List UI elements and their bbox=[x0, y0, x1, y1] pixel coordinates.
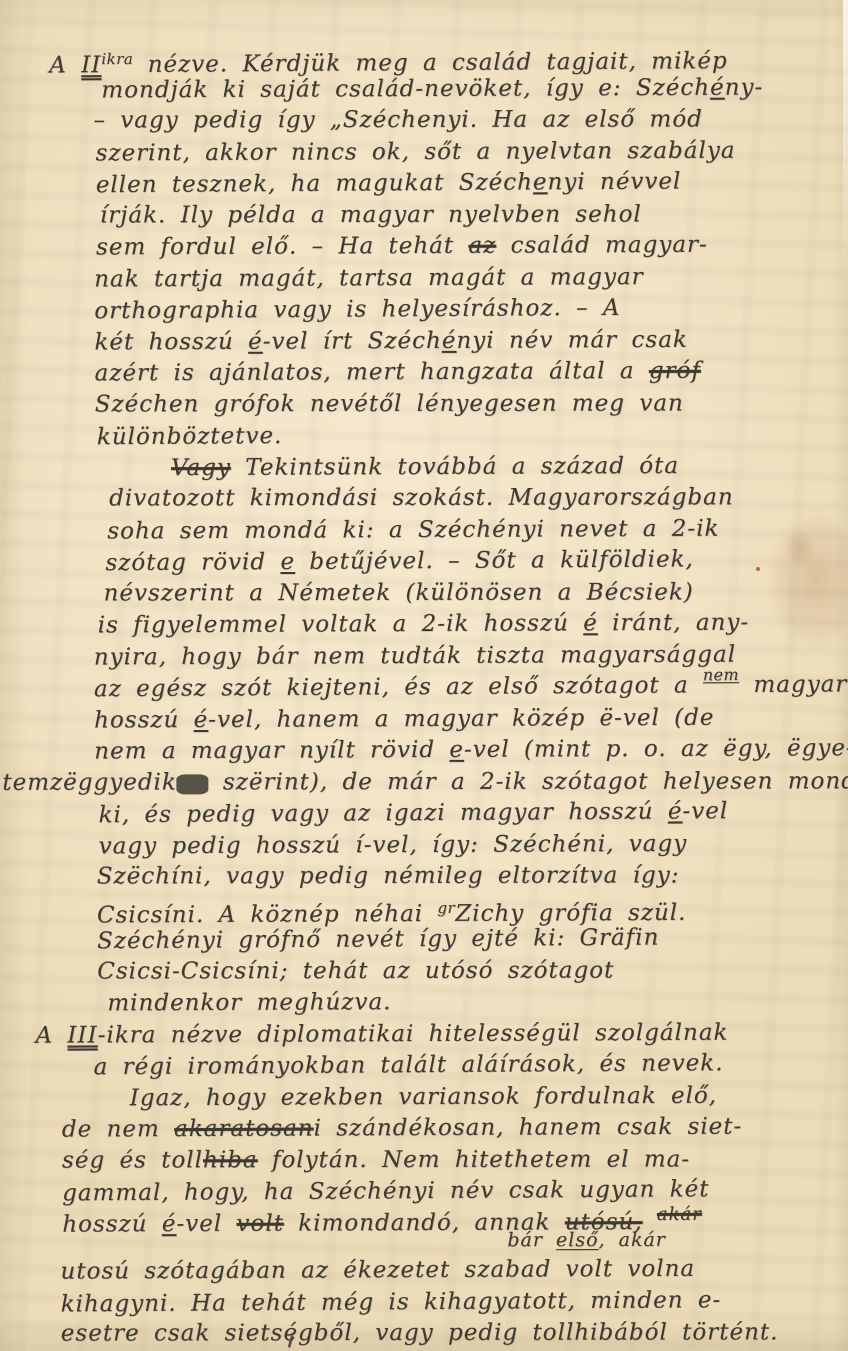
handwriting-text: de nem bbox=[62, 1116, 174, 1142]
handwriting-text: hosszú bbox=[94, 707, 194, 733]
handwriting-text: -ikra nézve diplomatikai hitelességül sz… bbox=[98, 1019, 729, 1048]
handwriting-du: III bbox=[67, 1022, 97, 1048]
handwriting-ins: nem bbox=[703, 665, 739, 684]
manuscript-line: írják. Ily példa a magyar nyelvben sehol bbox=[100, 199, 846, 232]
handwriting-text: kihagyni. Ha tehát még is kihagyatott, m… bbox=[61, 1287, 722, 1317]
handwriting-text: iránt, any- bbox=[598, 610, 749, 637]
manuscript-line: orthographia vagy is helyesíráshoz. – A bbox=[94, 291, 846, 327]
handwriting-text: nyi névvel bbox=[547, 168, 681, 195]
manuscript-line: ség és tollhiba folytán. Nem hitethetem … bbox=[62, 1144, 848, 1177]
handwriting-u: é bbox=[710, 74, 725, 100]
handwriting-text: utosú szótagában az ékezetet szabad volt… bbox=[60, 1256, 695, 1285]
handwriting-u: é bbox=[194, 706, 209, 732]
manuscript-line: azért is ajánlatos, mert hangzata által … bbox=[95, 355, 847, 390]
manuscript-line: vagy pedig hosszú í-vel, így: Széchéni, … bbox=[99, 828, 848, 863]
manuscript-line: névszerint a Németek (különösen a Bécsie… bbox=[104, 577, 848, 610]
handwriting-text: ellen tesznek, ha magukat Széch bbox=[96, 169, 533, 198]
handwriting-text: az egész szót kiejteni, és az első szóta… bbox=[94, 672, 703, 702]
handwriting-blot: xxx bbox=[177, 774, 209, 794]
manuscript-line: A III-ikra nézve diplomatikai hitelesség… bbox=[35, 1017, 848, 1052]
handwriting-text: család magyar- bbox=[496, 232, 708, 259]
handwriting-text: , akár bbox=[599, 1229, 666, 1251]
manuscript-line: kihagyni. Ha tehát még is kihagyatott, m… bbox=[61, 1284, 848, 1321]
handwriting-text: -vel bbox=[682, 798, 728, 824]
manuscript-line: különböztetve. bbox=[97, 417, 847, 453]
handwriting-struck: Vagy bbox=[171, 454, 231, 480]
handwriting-text: nézve. Kérdjük meg a család tagjait, mik… bbox=[133, 48, 727, 78]
handwriting-text: is figyelemmel voltak a 2-ik hosszú bbox=[98, 610, 584, 638]
handwriting-text: ség és toll bbox=[62, 1147, 203, 1173]
handwriting-text: betűjével. – Sőt a külföldiek, bbox=[295, 546, 694, 575]
handwriting-text: folytán. Nem hitethetem el ma- bbox=[258, 1146, 691, 1173]
handwriting-text: különböztetve. bbox=[97, 423, 283, 450]
manuscript-line: Széchen grófok nevétől lényegesen meg va… bbox=[95, 388, 847, 421]
handwriting-u: e bbox=[449, 737, 464, 763]
handwriting-text: nyi név már csak bbox=[456, 326, 687, 353]
manuscript-line: A IIikra nézve. Kérdjük meg a család tag… bbox=[49, 39, 845, 76]
manuscript-line: temzëggyedikxxx szërint), de már a 2-ik … bbox=[2, 766, 848, 799]
handwriting-u: első bbox=[556, 1229, 599, 1251]
handwriting-text: a régi irományokban talált aláírások, és… bbox=[94, 1050, 724, 1080]
handwriting-text: nyira, hogy bár nem tudták tiszta magyar… bbox=[94, 641, 736, 670]
handwriting-text: Szëchíni, vagy pedig némileg eltorzítva … bbox=[97, 862, 680, 889]
handwriting-struck: az bbox=[468, 233, 496, 259]
manuscript-line: gammal, hogy, ha Széchényi név csak ugya… bbox=[62, 1173, 848, 1210]
manuscript-line: Csicsi-Csicsíni; tehát az utósó szótagot bbox=[97, 955, 848, 988]
manuscript-line: sem fordul elő. – Ha tehát az család mag… bbox=[96, 229, 846, 264]
handwriting-text: mondják ki saját család-nevöket, így e: … bbox=[101, 74, 710, 103]
handwriting-text: Igaz, hogy ezekben variansok fordulnak e… bbox=[130, 1082, 717, 1111]
manuscript-line: Igaz, hogy ezekben variansok fordulnak e… bbox=[130, 1080, 848, 1115]
handwriting-sup: ikra bbox=[101, 50, 133, 68]
handwriting-u: é bbox=[442, 327, 457, 353]
manuscript-line: a régi irományokban talált aláírások, és… bbox=[94, 1047, 848, 1083]
manuscript-line: Csicsíni. A köznép néhai grZichy grófia … bbox=[97, 891, 848, 926]
manuscript-line: ki, és pedig vagy az igazi magyar hosszú… bbox=[98, 795, 848, 831]
handwriting-text: -vel bbox=[176, 1210, 236, 1236]
handwriting-text: -vel írt Széch bbox=[263, 327, 442, 354]
handwriting-text: bár bbox=[507, 1229, 556, 1251]
handwriting-text: szerint, akkor nincs ok, sőt a nyelvtan … bbox=[96, 137, 736, 166]
handwriting-text: divatozott kimondási szokást. Magyarorsz… bbox=[109, 484, 734, 511]
handwriting-text: Széchen grófok nevétől lényegesen meg va… bbox=[95, 390, 684, 417]
manuscript-line: esetre csak sietségből, vagy pedig tollh… bbox=[61, 1317, 848, 1350]
handwriting-text: – vagy pedig így „Széchenyi. Ha az első … bbox=[93, 106, 702, 133]
handwriting-text: -vel (mint p. o. az ëgy, ëgye- bbox=[464, 735, 848, 763]
manuscript-line: két hosszú é-vel írt Széchényi név már c… bbox=[94, 324, 846, 359]
handwriting-text: gammal, hogy, ha Széchényi név csak ugya… bbox=[62, 1176, 709, 1206]
handwriting-u: é bbox=[162, 1211, 177, 1237]
handwriting-text: soha sem mondá ki: a Széchényi nevet a 2… bbox=[107, 515, 719, 544]
handwriting-text: nem a magyar nyílt rövid bbox=[94, 737, 449, 765]
handwriting-text: két hosszú bbox=[94, 328, 248, 355]
handwriting-du: II bbox=[81, 52, 101, 78]
manuscript-line: hosszú é-vel, hanem a magyar közép ë-vel… bbox=[94, 702, 848, 737]
handwriting-text: sem fordul elő. – Ha tehát bbox=[96, 233, 468, 261]
manuscript-line: de nem akaratosani szándékosan, hanem cs… bbox=[62, 1111, 848, 1146]
handwriting-text: nak tartja magát, tartsa magát a magyar bbox=[94, 264, 644, 292]
handwriting-text: orthographia vagy is helyesíráshoz. – A bbox=[94, 295, 620, 324]
handwriting-text: -vel, hanem a magyar közép ë-vel (de bbox=[208, 704, 714, 732]
manuscript-line: az egész szót kiejteni, és az első szóta… bbox=[94, 669, 848, 705]
handwriting-text: i szándékosan, hanem csak siet- bbox=[314, 1114, 743, 1142]
handwriting-text: Széchényi grófnő nevét így ejté ki: Gräf… bbox=[97, 925, 659, 955]
manuscript-line: Szëchíni, vagy pedig némileg eltorzítva … bbox=[97, 860, 848, 893]
red-ink-speck bbox=[756, 567, 760, 571]
manuscript-text: A IIikra nézve. Kérdjük meg a család tag… bbox=[0, 40, 848, 1351]
handwriting-sup: gr bbox=[437, 898, 455, 916]
handwriting-text: esetre csak sietségből, vagy pedig tollh… bbox=[61, 1319, 779, 1346]
handwriting-text: szërint), de már a 2-ik szótagot helyese… bbox=[209, 768, 848, 795]
handwriting-text: névszerint a Németek (különösen a Bécsie… bbox=[104, 579, 694, 606]
handwriting-struckup: akár bbox=[657, 1203, 702, 1224]
manuscript-line: nak tartja magát, tartsa magát a magyar bbox=[94, 261, 846, 296]
manuscript-line: szerint, akkor nincs ok, sőt a nyelvtan … bbox=[96, 135, 846, 170]
handwriting-text: Tekintsünk továbbá a század óta bbox=[231, 452, 679, 480]
manuscript-line: bár első, akár bbox=[507, 1230, 848, 1255]
handwriting-u: e bbox=[533, 169, 548, 195]
handwriting-text: ki, és pedig vagy az igazi magyar hosszú bbox=[98, 799, 667, 829]
handwriting-text: Csicsi-Csicsíni; tehát az utósó szótagot bbox=[97, 957, 614, 984]
handwriting-u: é bbox=[248, 328, 263, 354]
manuscript-line: soha sem mondá ki: a Széchényi nevet a 2… bbox=[107, 513, 847, 548]
handwriting-text: magyar bbox=[739, 671, 847, 698]
manuscript-line: mindenkor meghúzva. bbox=[107, 985, 848, 1020]
handwriting-text: szótag rövid bbox=[105, 549, 280, 576]
handwriting-text: ny- bbox=[725, 74, 764, 100]
handwriting-text: írják. Ily példa a magyar nyelvben sehol bbox=[100, 201, 642, 228]
manuscript-line: nem a magyar nyílt rövid e-vel (mint p. … bbox=[94, 733, 848, 768]
handwriting-struck: volt bbox=[236, 1210, 284, 1236]
manuscript-line: utosú szótagában az ékezetet szabad volt… bbox=[60, 1253, 848, 1288]
manuscript-line: Vagy Tekintsünk továbbá a század óta bbox=[171, 450, 847, 484]
handwriting-text: vagy pedig hosszú í-vel, így: Széchéni, … bbox=[99, 830, 688, 859]
handwriting-u: é bbox=[583, 610, 598, 636]
handwriting-struck: hiba bbox=[203, 1147, 258, 1173]
handwriting-text: temzëggyedik bbox=[2, 769, 177, 795]
manuscript-line: is figyelemmel voltak a 2-ik hosszú é ir… bbox=[98, 607, 848, 642]
handwriting-text: A bbox=[49, 52, 81, 78]
handwriting-text: A bbox=[35, 1022, 67, 1048]
handwriting-text: hosszú bbox=[62, 1211, 162, 1237]
handwriting-text: mindenkor meghúzva. bbox=[107, 989, 391, 1016]
manuscript-line: Széchényi grófnő nevét így ejté ki: Gräf… bbox=[97, 921, 848, 957]
manuscript-line: ellen tesznek, ha magukat Széchenyi névv… bbox=[96, 165, 846, 201]
manuscript-line: – vagy pedig így „Széchenyi. Ha az első … bbox=[93, 104, 845, 137]
manuscript-line: szótag rövid e betűjével. – Sőt a külföl… bbox=[105, 543, 847, 579]
manuscript-line: divatozott kimondási szokást. Magyarorsz… bbox=[109, 482, 847, 515]
manuscript-page: A IIikra nézve. Kérdjük meg a család tag… bbox=[0, 0, 848, 1351]
handwriting-text: azért is ajánlatos, mert hangzata által … bbox=[95, 358, 649, 386]
handwriting-struck: akaratosan bbox=[174, 1115, 314, 1142]
handwriting-u: é bbox=[668, 798, 683, 824]
handwriting-struck: gróf bbox=[649, 358, 701, 384]
handwriting-u: e bbox=[280, 549, 295, 575]
